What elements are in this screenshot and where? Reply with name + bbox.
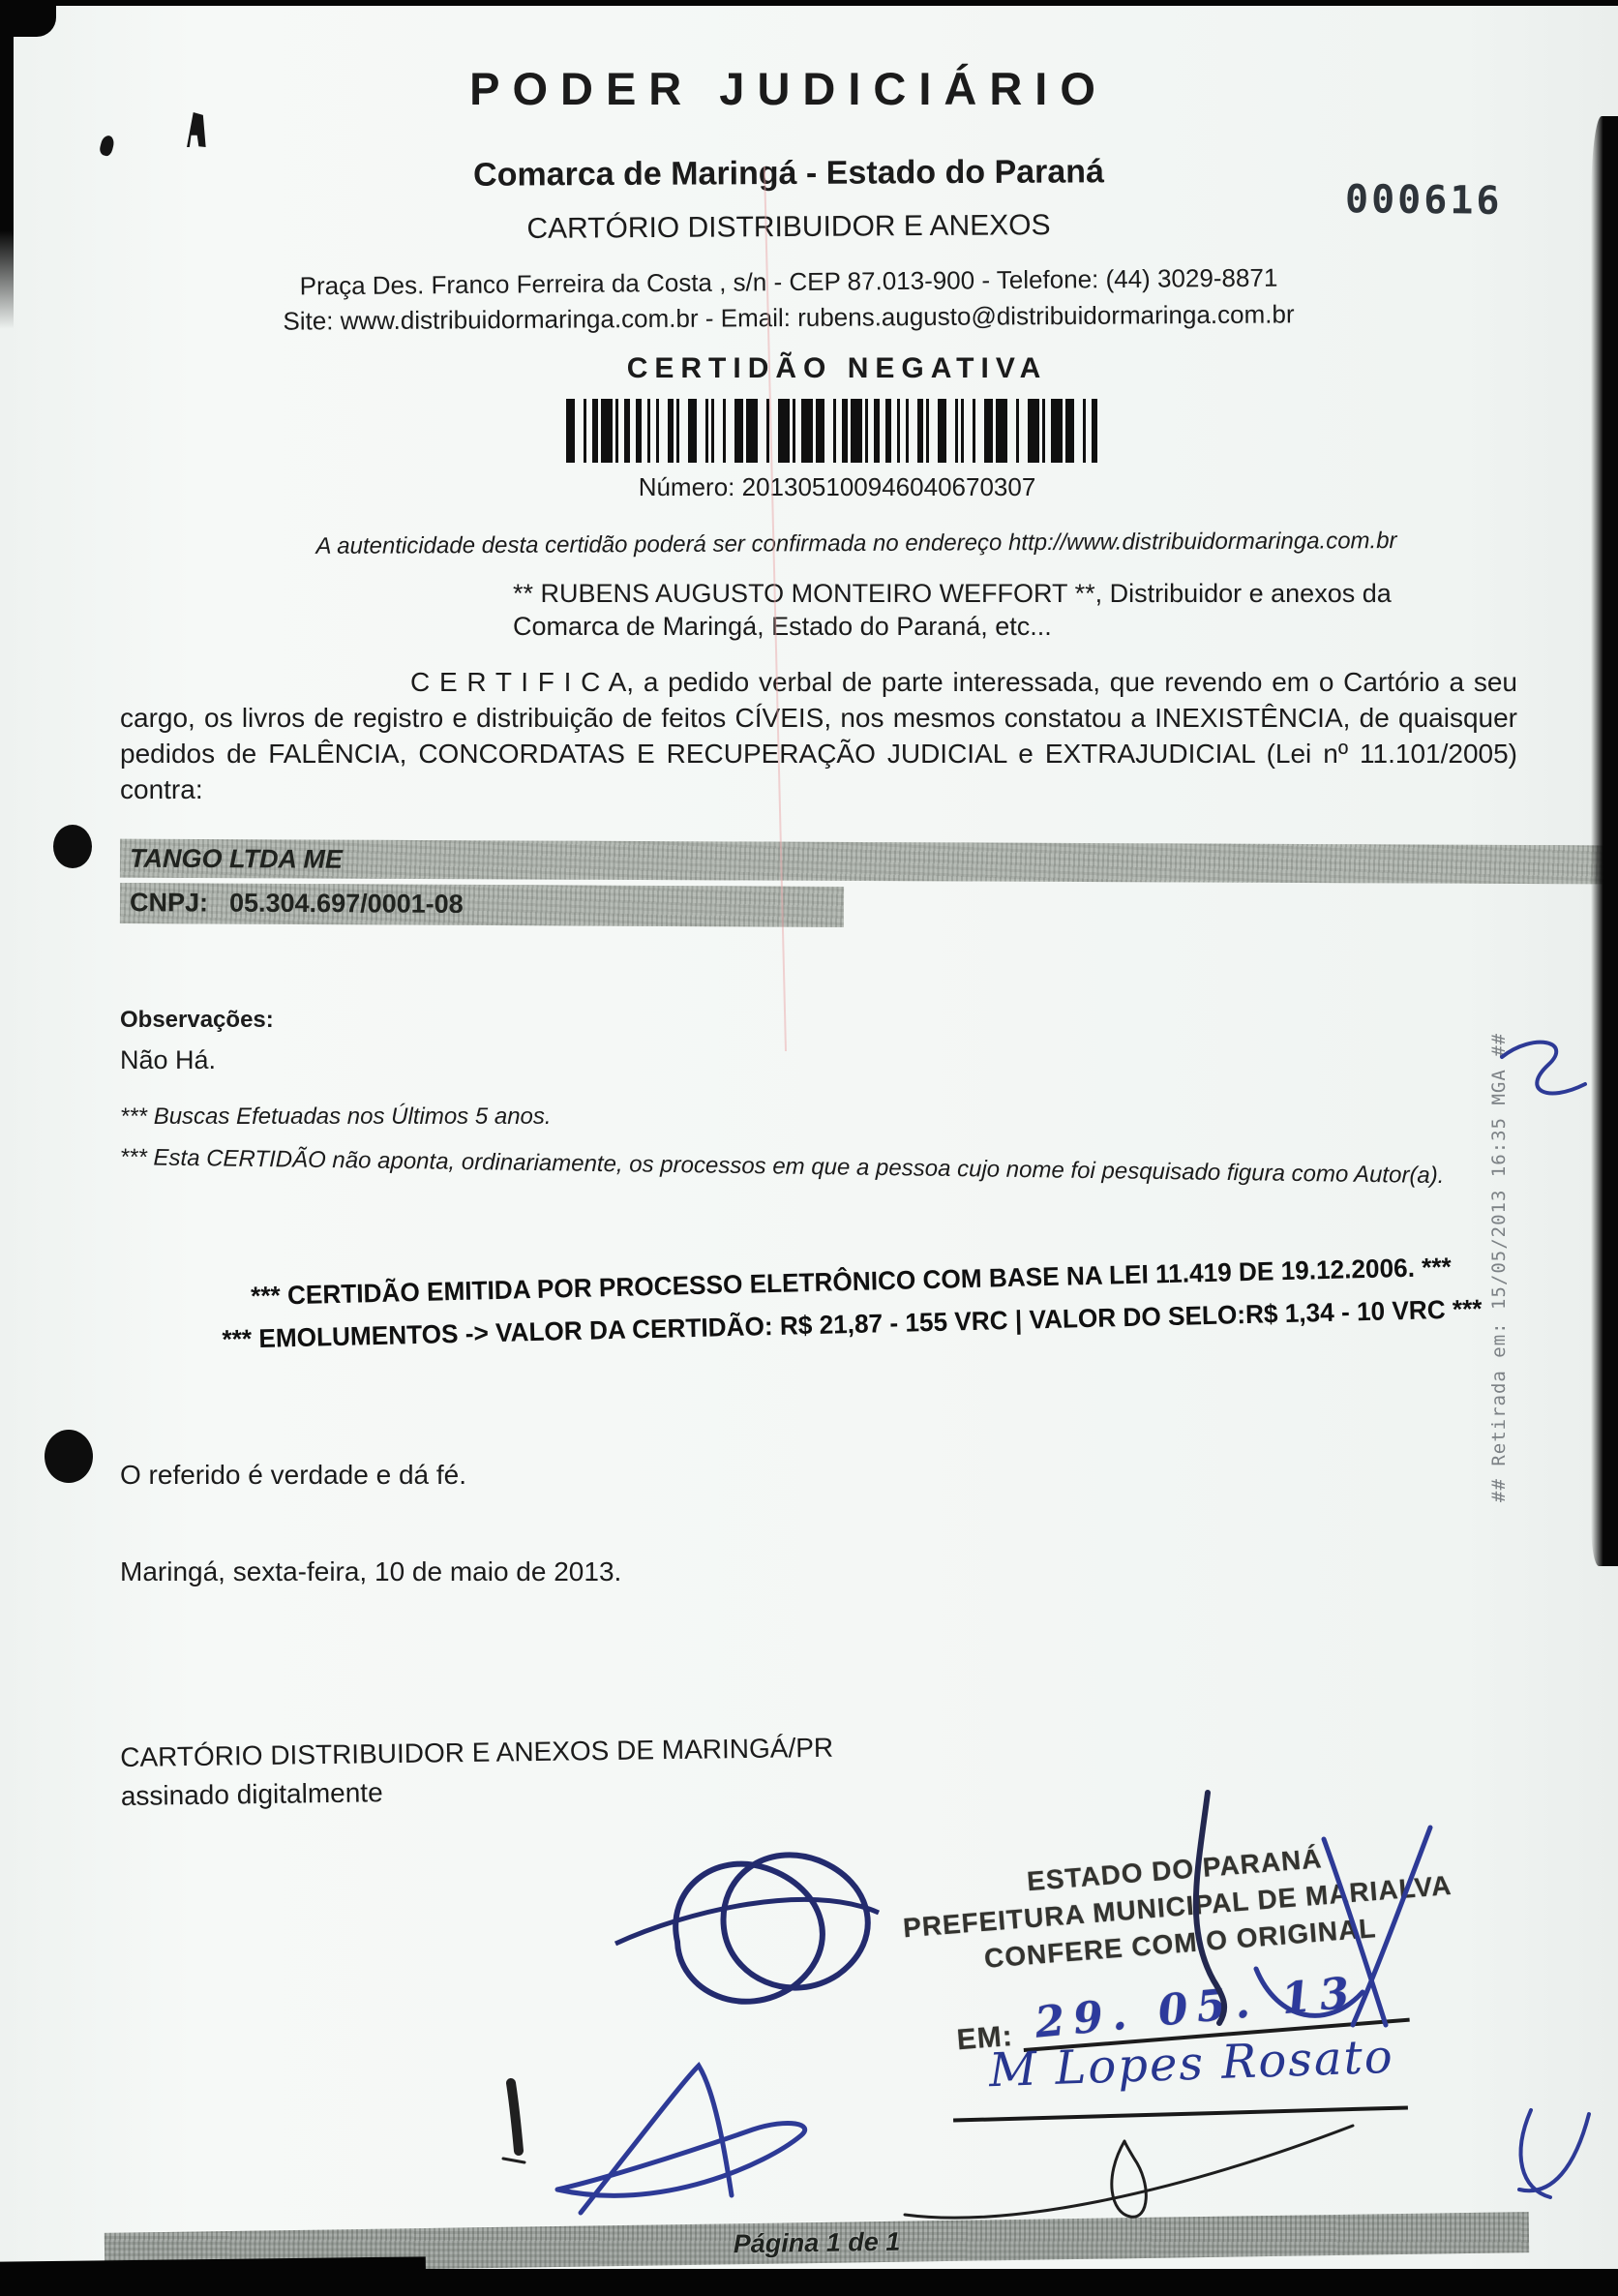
issuer-line-2: Comarca de Maringá, Estado do Paraná, et… [513, 610, 1490, 643]
subject-name-highlight: TANGO LTDA ME [120, 839, 1604, 885]
office-site-email: Site: www.distribuidormaringa.com.br - E… [0, 297, 1577, 338]
scan-edge-right [1591, 116, 1618, 1566]
barcode-bars [566, 399, 1097, 463]
scan-edge-bottom [0, 2269, 1618, 2296]
office-address: Praça Des. Franco Ferreira da Costa , s/… [0, 260, 1577, 304]
subject-name: TANGO LTDA ME [120, 839, 343, 879]
emphasis-block: *** CERTIDÃO EMITIDA POR PROCESSO ELETRÔ… [164, 1244, 1540, 1363]
certificate-number-label: Número: [639, 472, 735, 501]
cnpj-label: CNPJ: [120, 883, 208, 921]
page-title: PODER JUDICIÁRIO [0, 62, 1577, 115]
cnpj-value: 05.304.697/0001-08 [229, 884, 464, 923]
scanned-certificate-page: PODER JUDICIÁRIO Comarca de Maringá - Es… [0, 0, 1618, 2296]
certificate-number-value: 201305100946040670307 [742, 472, 1036, 501]
scan-edge-left [0, 0, 14, 329]
barcode [566, 399, 1108, 463]
observations-label: Observações: [120, 1007, 274, 1034]
note-searches: *** Buscas Efetuadas nos Últimos 5 anos. [120, 1103, 552, 1131]
pen-mark-bottom-right-1 [1521, 2110, 1550, 2197]
office-name: CARTÓRIO DISTRIBUIDOR E ANEXOS [0, 205, 1577, 249]
pen-mark-bottom-right-2 [1519, 2114, 1589, 2190]
black-flourish-loop [1112, 2141, 1147, 2217]
signature-underline [953, 2105, 1408, 2122]
signature-a-stroke [581, 2066, 732, 2213]
ink-blot-a [182, 112, 209, 147]
signature-loops [675, 1864, 823, 2002]
authenticity-note: A autenticidade desta certidão poderá se… [145, 527, 1568, 561]
digital-signature-block: CARTÓRIO DISTRIBUIDOR E ANEXOS DE MARING… [120, 1729, 834, 1816]
issuer-statement: ** RUBENS AUGUSTO MONTEIRO WEFFORT **, D… [513, 577, 1490, 643]
certificate-number: Número: 201305100946040670307 [97, 472, 1577, 502]
signature-a-crossbar [557, 2123, 805, 2195]
scan-corner-block [0, 0, 56, 37]
observations-value: Não Há. [120, 1045, 216, 1075]
comarca-subtitle: Comarca de Maringá - Estado do Paraná [0, 151, 1577, 197]
subject-cnpj-highlight: CNPJ:05.304.697/0001-08 [120, 883, 844, 927]
truth-statement: O referido é verdade e dá fé. [120, 1460, 466, 1491]
ink-speck [99, 135, 116, 158]
municipal-conference-stamp: ESTADO DO PARANÁ PREFEITURA MUNICIPAL DE… [891, 1832, 1469, 2061]
black-pen-mark [511, 2083, 519, 2151]
certificate-title: CERTIDÃO NEGATIVA [97, 352, 1577, 385]
side-retrieval-stamp: ## Retirada em: 15/05/2013 16:35 MGA ## [1488, 1042, 1517, 1502]
hole-punch-mark-1 [53, 825, 92, 868]
black-pen-mark-tail [503, 2159, 524, 2162]
signature-loops-sweep [615, 1899, 879, 1944]
date-line: Maringá, sexta-feira, 10 de maio de 2013… [120, 1556, 621, 1587]
note-scope: *** Esta CERTIDÃO não aponta, ordinariam… [120, 1144, 1475, 1191]
signature-loops-2 [724, 1855, 868, 1987]
hole-punch-mark-2 [45, 1430, 93, 1483]
black-flourish-curve [905, 2126, 1353, 2218]
issuer-line-1: ** RUBENS AUGUSTO MONTEIRO WEFFORT **, D… [513, 577, 1490, 610]
certification-body: C E R T I F I C A, a pedido verbal de pa… [120, 664, 1517, 807]
scan-edge-top [0, 0, 1618, 6]
